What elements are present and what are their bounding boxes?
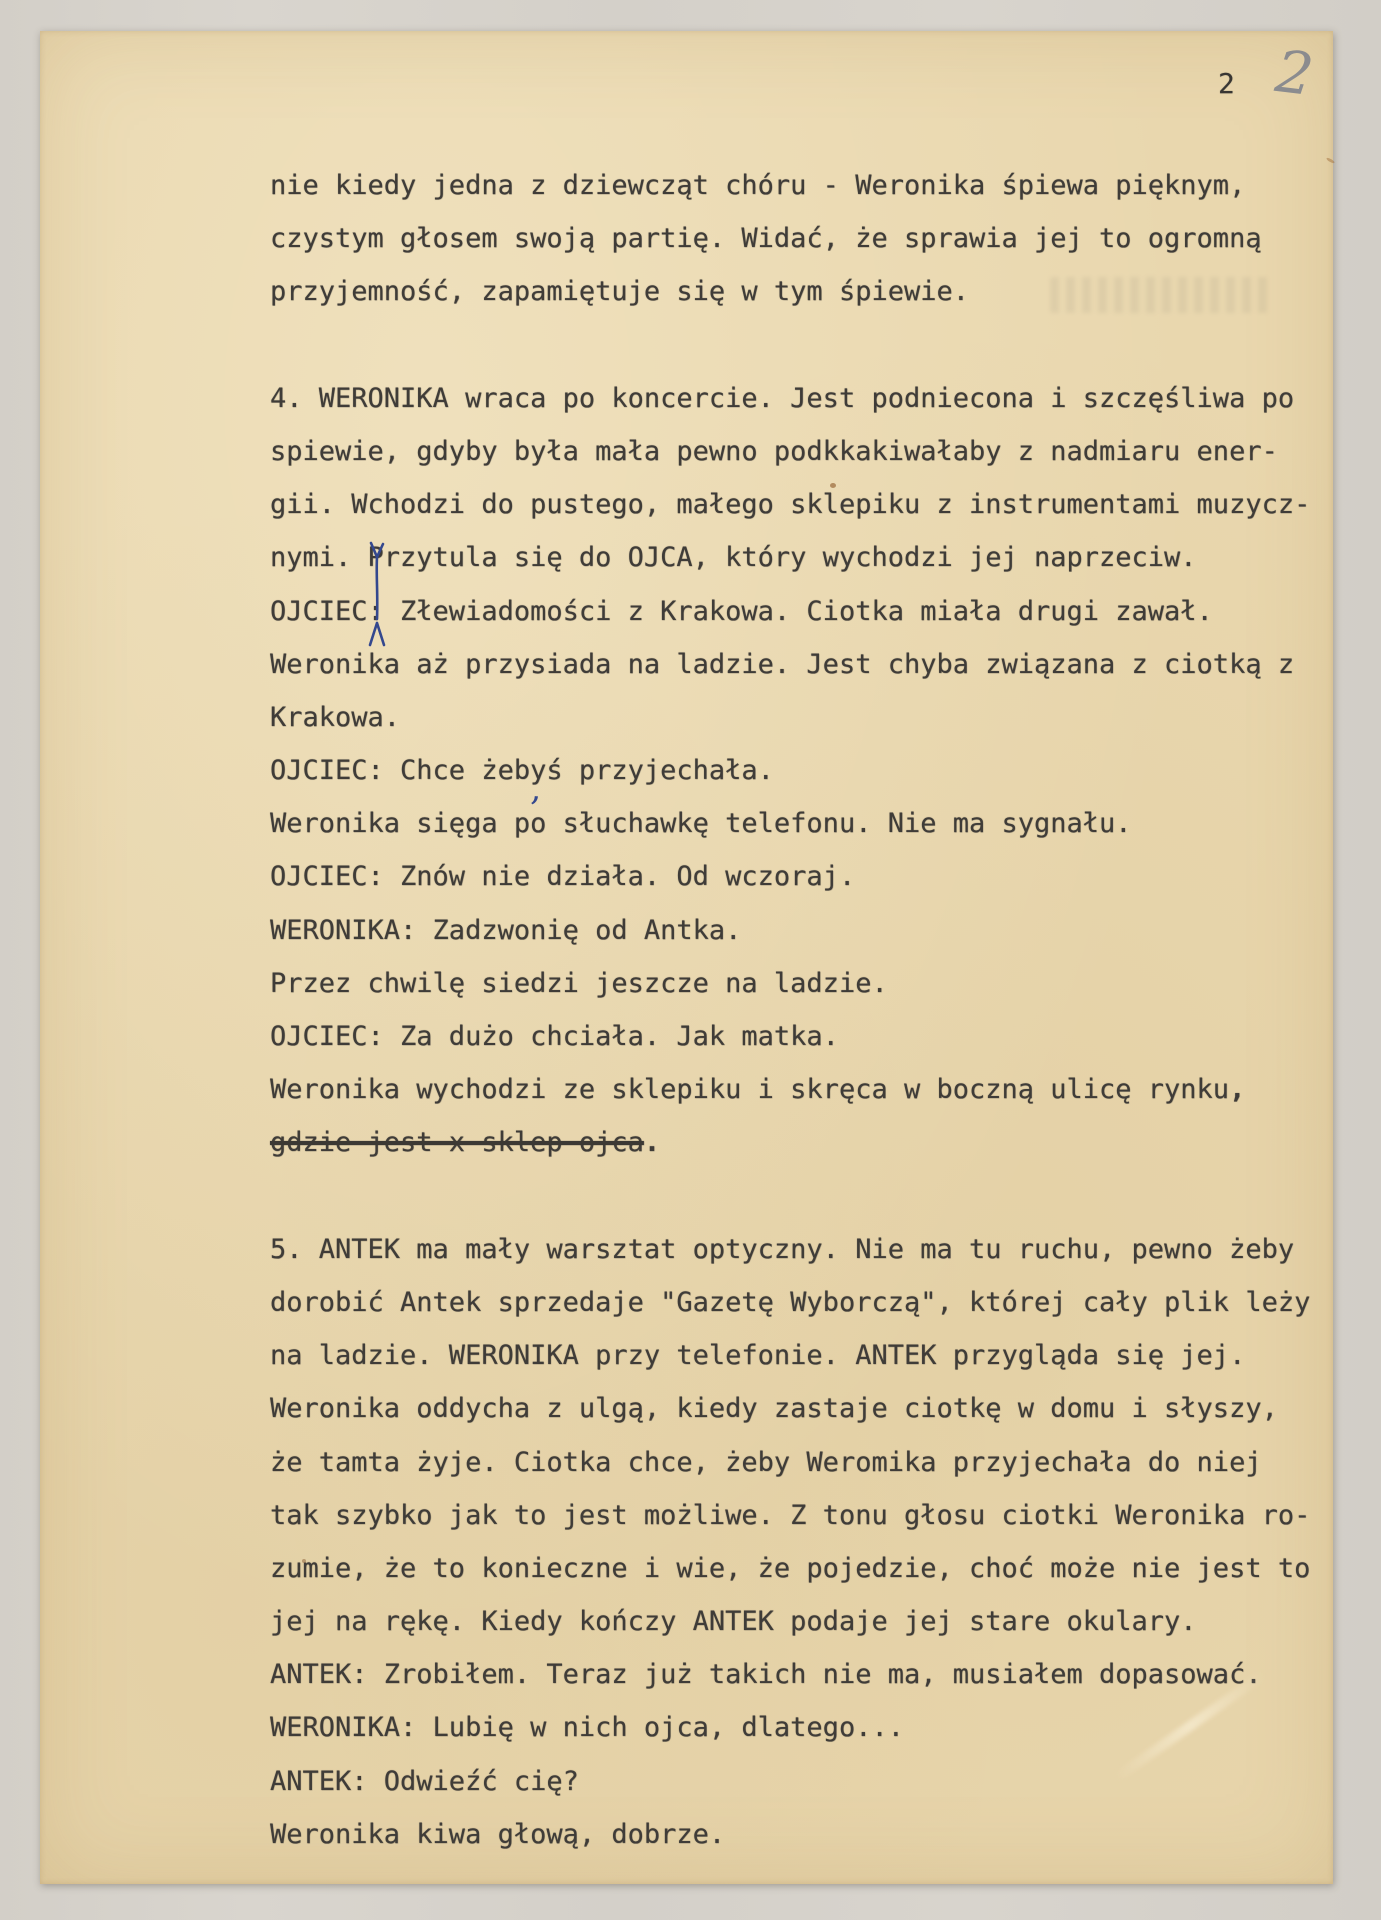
typescript-line-15: Przez chwilę siedzi jeszcze na ladzie. bbox=[270, 957, 1340, 1010]
bold-tail-mark: . bbox=[644, 1127, 660, 1158]
typescript-text-block: nie kiedy jedna z dziewcząt chóru - Wero… bbox=[270, 159, 1340, 1861]
manuscript-paper: 2 2 nie kiedy jedna z dziewcząt chóru - … bbox=[40, 31, 1333, 1884]
typescript-line-27: jej na rękę. Kiedy kończy ANTEK podaje j… bbox=[270, 1595, 1340, 1648]
struck-text: gdzie jest x sklep ojca bbox=[270, 1127, 644, 1158]
line-text: Weronika wychodzi ze sklepiku i skręca w… bbox=[270, 1074, 1229, 1105]
typescript-line-17: Weronika wychodzi ze sklepiku i skręca w… bbox=[270, 1063, 1340, 1116]
typescript-line-7: nymi. Przytula się do OJCA, który wychod… bbox=[270, 531, 1340, 584]
typescript-line-22: na ladzie. WERONIKA przy telefonie. ANTE… bbox=[270, 1329, 1340, 1382]
handwritten-comma-mark: , bbox=[529, 769, 543, 810]
typescript-line-12: Weronika sięga po słuchawkę telefonu. Ni… bbox=[270, 797, 1340, 850]
typescript-line-20: 5. ANTEK ma mały warsztat optyczny. Nie … bbox=[270, 1223, 1340, 1276]
typescript-line-10: Krakowa. bbox=[270, 691, 1340, 744]
typescript-line-16: OJCIEC: Za dużo chciała. Jak matka. bbox=[270, 1010, 1340, 1063]
typescript-line-30: ANTEK: Odwieźć cię? bbox=[270, 1755, 1340, 1808]
typescript-line-26: zumie, że to konieczne i wie, że pojedzi… bbox=[270, 1542, 1340, 1595]
typescript-line-31: Weronika kiwa głową, dobrze. bbox=[270, 1808, 1340, 1861]
typescript-line-13: OJCIEC: Znów nie działa. Od wczoraj. bbox=[270, 850, 1340, 903]
typescript-line-14: WERONIKA: Zadzwonię od Antka. bbox=[270, 904, 1340, 957]
typescript-line-5: spiewie, gdyby była mała pewno podkkakiw… bbox=[270, 425, 1340, 478]
typescript-line-19 bbox=[270, 1170, 1340, 1223]
typescript-line-21: dorobić Antek sprzedaje "Gazetę Wyborczą… bbox=[270, 1276, 1340, 1329]
paper-speck bbox=[302, 1559, 306, 1563]
paper-speck bbox=[830, 483, 836, 488]
typescript-line-0: nie kiedy jedna z dziewcząt chóru - Wero… bbox=[270, 159, 1340, 212]
scanned-typescript-page: { "page_meta": { "typed_number": "2", "h… bbox=[0, 0, 1381, 1920]
typed-page-number: 2 bbox=[1218, 67, 1235, 100]
typescript-line-8: OJCIEC: Złewiadomości z Krakowa. Ciotka … bbox=[270, 585, 1340, 638]
typescript-line-4: 4. WERONIKA wraca po koncercie. Jest pod… bbox=[270, 372, 1340, 425]
typescript-line-1: czystym głosem swoją partię. Widać, że s… bbox=[270, 212, 1340, 265]
typescript-line-11: OJCIEC: Chce żebyś przyjechała. bbox=[270, 744, 1340, 797]
typescript-line-24: że tamta żyje. Ciotka chce, żeby Weromik… bbox=[270, 1436, 1340, 1489]
bold-tail-mark: , bbox=[1229, 1074, 1245, 1105]
typescript-line-25: tak szybko jak to jest możliwe. Z tonu g… bbox=[270, 1489, 1340, 1542]
handwritten-page-number: 2 bbox=[1272, 37, 1317, 109]
typescript-line-3 bbox=[270, 319, 1340, 372]
typescript-line-18: gdzie jest x sklep ojca. bbox=[270, 1116, 1340, 1169]
insertion-caret-icon bbox=[368, 541, 386, 649]
typescript-line-6: gii. Wchodzi do pustego, małego sklepiku… bbox=[270, 478, 1340, 531]
typescript-line-9: Weronika aż przysiada na ladzie. Jest ch… bbox=[270, 638, 1340, 691]
typescript-line-23: Weronika oddycha z ulgą, kiedy zastaje c… bbox=[270, 1382, 1340, 1435]
typescript-line-2: przyjemność, zapamiętuje się w tym śpiew… bbox=[270, 265, 1340, 318]
typescript-line-28: ANTEK: Zrobiłem. Teraz już takich nie ma… bbox=[270, 1648, 1340, 1701]
